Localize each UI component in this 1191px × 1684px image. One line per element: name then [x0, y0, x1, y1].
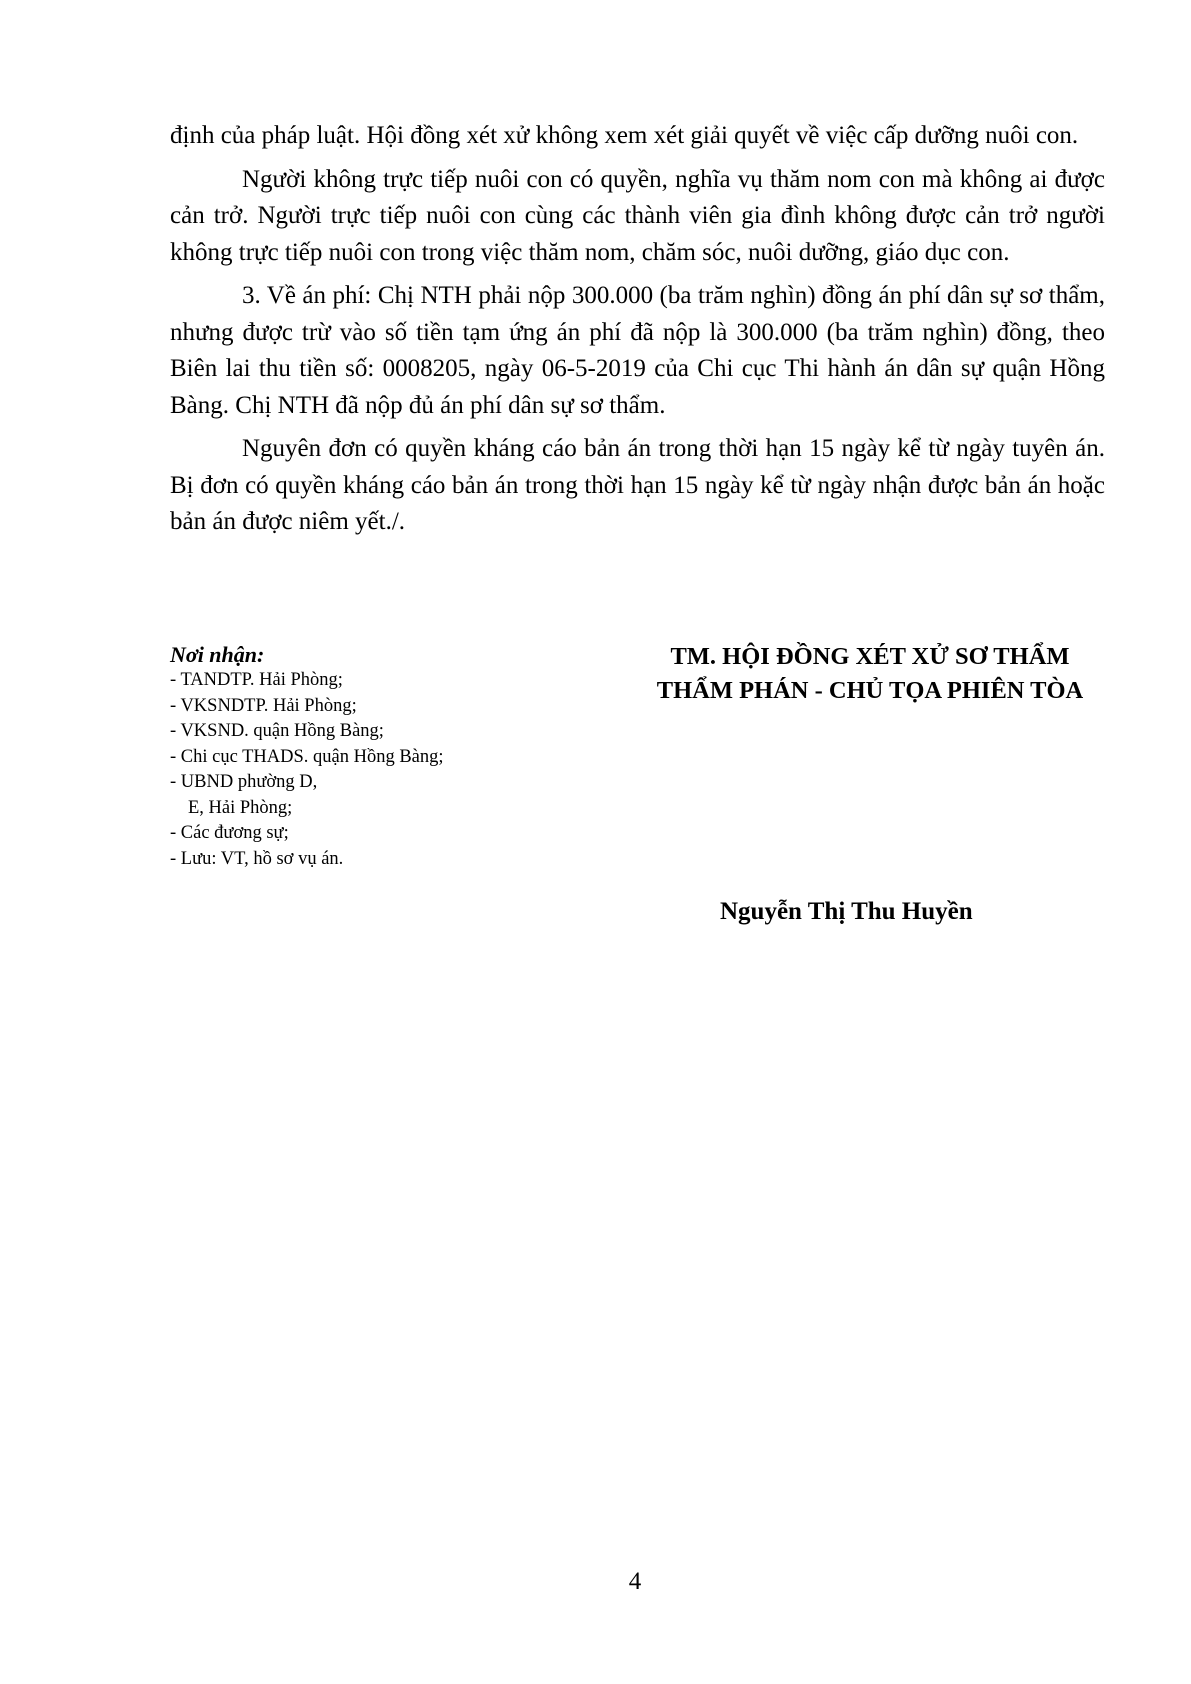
recipient-item: - UBND phường D, — [170, 770, 444, 796]
recipient-item: - VKSNDTP. Hải Phòng; — [170, 694, 444, 720]
recipient-item: - VKSND. quận Hồng Bàng; — [170, 719, 444, 745]
recipient-item-continuation: E, Hải Phòng; — [170, 796, 444, 822]
paragraph-court-fee: 3. Về án phí: Chị NTH phải nộp 300.000 (… — [170, 278, 1105, 424]
recipient-item: - Chi cục THADS. quận Hồng Bàng; — [170, 745, 444, 771]
recipient-item: - TANDTP. Hải Phòng; — [170, 668, 444, 694]
document-page: định của pháp luật. Hội đồng xét xử khôn… — [0, 0, 1191, 1684]
signer-name: Nguyễn Thị Thu Huyền — [720, 898, 973, 926]
recipients-block: Nơi nhận: - TANDTP. Hải Phòng; - VKSNDTP… — [170, 642, 444, 872]
signature-block: TM. HỘI ĐỒNG XÉT XỬ SƠ THẨM THẨM PHÁN - … — [630, 640, 1110, 708]
signature-judge-title: THẨM PHÁN - CHỦ TỌA PHIÊN TÒA — [630, 674, 1110, 708]
paragraph-visitation-rights: Người không trực tiếp nuôi con có quyền,… — [170, 162, 1105, 272]
recipient-item: - Lưu: VT, hồ sơ vụ án. — [170, 847, 444, 873]
recipient-item: - Các đương sự; — [170, 821, 444, 847]
page-number: 4 — [0, 1568, 1191, 1596]
paragraph-conclusion: định của pháp luật. Hội đồng xét xử khôn… — [170, 118, 1105, 155]
signature-council-title: TM. HỘI ĐỒNG XÉT XỬ SƠ THẨM — [630, 640, 1110, 674]
paragraph-appeal-rights: Nguyên đơn có quyền kháng cáo bản án tro… — [170, 431, 1105, 541]
judgment-body: định của pháp luật. Hội đồng xét xử khôn… — [170, 118, 1105, 548]
recipients-title: Nơi nhận: — [170, 642, 444, 668]
